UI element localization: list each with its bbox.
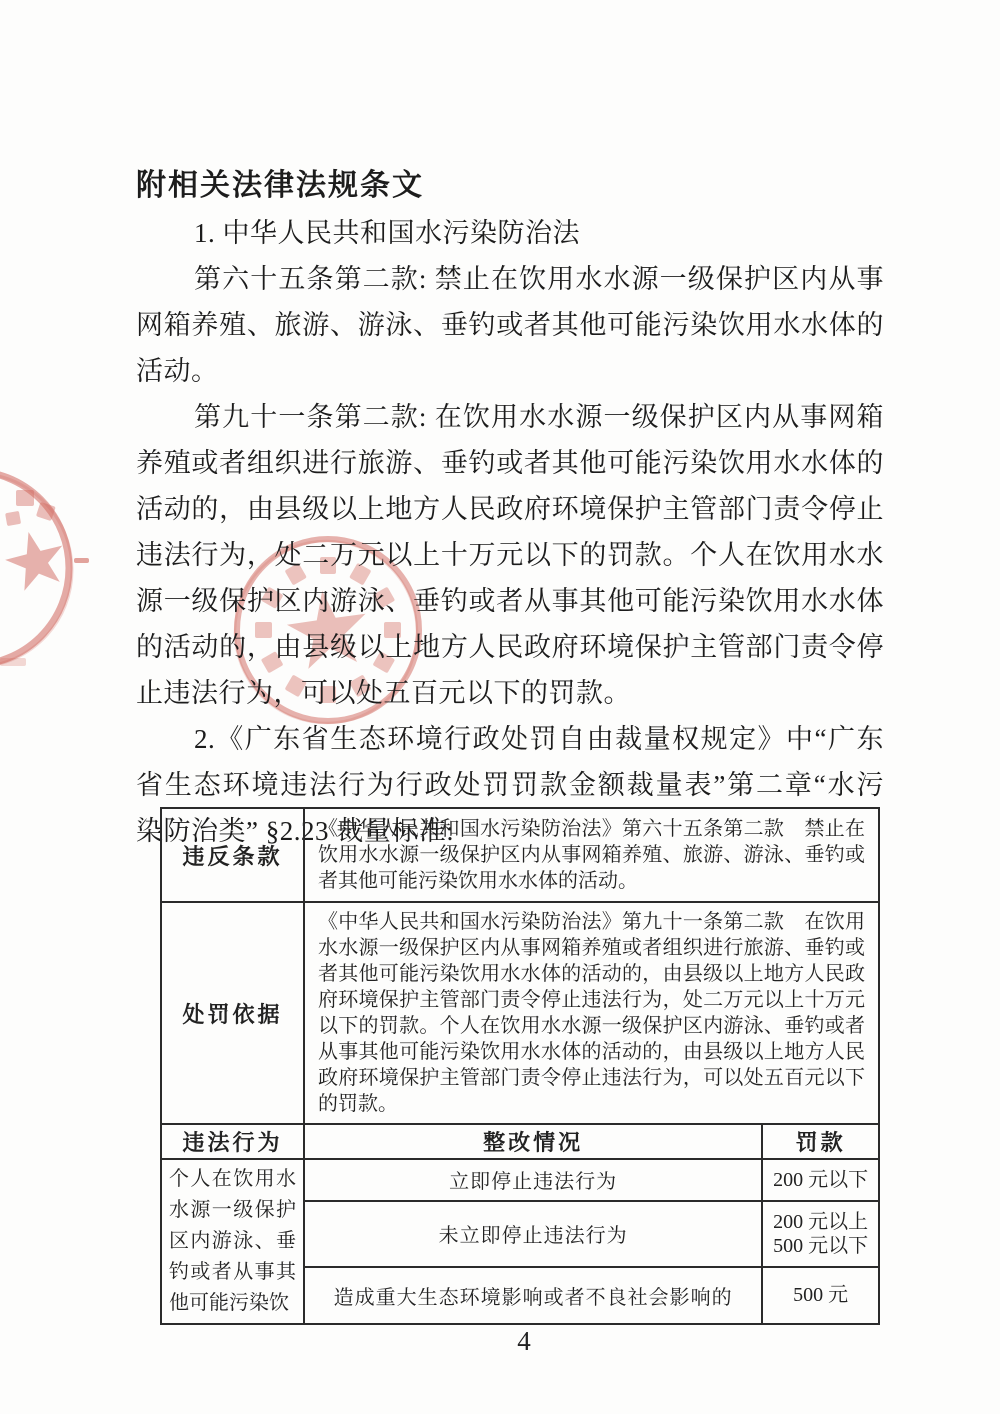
table-header-row: 违法行为 整改情况 罚款: [161, 1124, 879, 1159]
fine-cell: 500 元: [762, 1267, 879, 1324]
document-heading: 附相关法律法规条文: [136, 162, 884, 210]
body-line: 活动的，由县级以上地方人民政府环境保护主管部门责令停止: [136, 486, 884, 532]
column-header-fine: 罚款: [762, 1124, 879, 1159]
fine-line: 200 元以上: [764, 1210, 877, 1234]
row-content: 《中华人民共和国水污染防治法》第六十五条第二款 禁止在饮用水水源一级保护区内从事…: [304, 808, 879, 902]
fine-cell: 200 元以下: [762, 1159, 879, 1201]
table-row: 处罚依据 《中华人民共和国水污染防治法》第九十一条第二款 在饮用水水源一级保护区…: [161, 902, 879, 1124]
body-line: 止违法行为，可以处五百元以下的罚款。: [136, 670, 884, 716]
column-header-behavior: 违法行为: [161, 1124, 304, 1159]
column-header-situation: 整改情况: [304, 1124, 762, 1159]
row-label: 处罚依据: [161, 902, 304, 1124]
situation-cell: 造成重大生态环境影响或者不良社会影响的: [304, 1267, 762, 1324]
body-line: 违法行为，处二万元以上十万元以下的罚款。个人在饮用水水: [136, 532, 884, 578]
table-row: 个人在饮用水水源一级保护区内游泳、垂钓或者从事其他可能污染饮 立即停止违法行为 …: [161, 1159, 879, 1201]
stamp-ink-smudge: [74, 558, 89, 563]
body-line: 网箱养殖、旅游、游泳、垂钓或者其他可能污染饮用水水体的: [136, 302, 884, 348]
body-line: 活动。: [136, 348, 884, 394]
body-line: 第九十一条第二款: 在饮用水水源一级保护区内从事网箱: [136, 394, 884, 440]
body-line: 省生态环境违法行为行政处罚罚款金额裁量表”第二章“水污: [136, 762, 884, 808]
body-line: 2.《广东省生态环境行政处罚自由裁量权规定》中“广东: [136, 716, 884, 762]
situation-cell: 立即停止违法行为: [304, 1159, 762, 1201]
body-line: 养殖或者组织进行旅游、垂钓或者其他可能污染饮用水水体的: [136, 440, 884, 486]
fine-cell: 200 元以上 500 元以下: [762, 1201, 879, 1267]
fine-line: 200 元以下: [764, 1168, 877, 1192]
fine-line: 500 元以下: [764, 1234, 877, 1258]
table-row: 违反条款 《中华人民共和国水污染防治法》第六十五条第二款 禁止在饮用水水源一级保…: [161, 808, 879, 902]
fine-line: 500 元: [764, 1283, 877, 1307]
scanned-document-page: 附相关法律法规条文 1. 中华人民共和国水污染防治法 第六十五条第二款: 禁止在…: [0, 0, 1000, 1414]
situation-cell: 未立即停止违法行为: [304, 1201, 762, 1267]
body-line: 1. 中华人民共和国水污染防治法: [136, 210, 884, 256]
body-line: 的活动的，由县级以上地方人民政府环境保护主管部门责令停: [136, 624, 884, 670]
body-line: 第六十五条第二款: 禁止在饮用水水源一级保护区内从事: [136, 256, 884, 302]
body-line: 源一级保护区内游泳、垂钓或者从事其他可能污染饮用水水体: [136, 578, 884, 624]
row-label: 违反条款: [161, 808, 304, 902]
penalty-standard-table: 违反条款 《中华人民共和国水污染防治法》第六十五条第二款 禁止在饮用水水源一级保…: [160, 807, 880, 1325]
page-number: 4: [0, 1326, 1000, 1357]
row-content: 《中华人民共和国水污染防治法》第九十一条第二款 在饮用水水源一级保护区内从事网箱…: [304, 902, 879, 1124]
behavior-cell: 个人在饮用水水源一级保护区内游泳、垂钓或者从事其他可能污染饮: [161, 1159, 304, 1324]
official-seal-stamp-partial: [0, 452, 125, 692]
document-body: 附相关法律法规条文 1. 中华人民共和国水污染防治法 第六十五条第二款: 禁止在…: [136, 162, 884, 854]
